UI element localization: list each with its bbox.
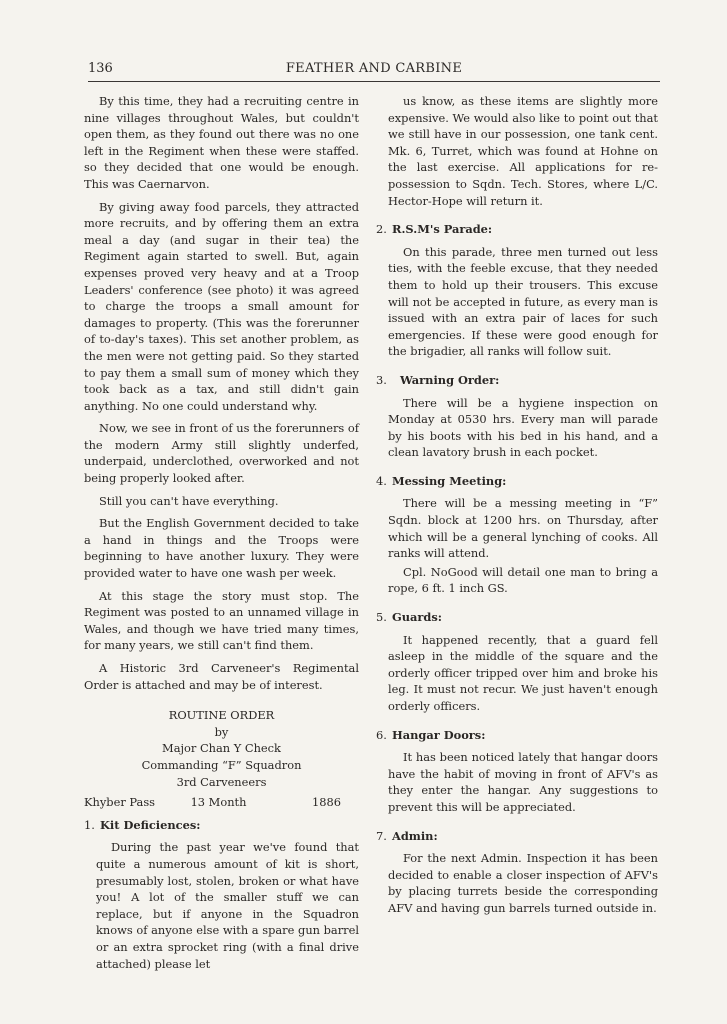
paragraph: Still you can't have everything. [84, 493, 359, 510]
order-item-7: 7.Admin: For the next Admin. Inspection … [376, 828, 658, 917]
order-item-4: 4.Messing Meeting: There will be a messi… [376, 473, 658, 597]
item-text: During the past year we've found that qu… [96, 839, 359, 972]
item-text: It has been noticed lately that hangar d… [388, 749, 658, 815]
left-column: By this time, they had a recruiting cent… [84, 93, 359, 974]
item-heading: 2.R.S.M's Parade: [376, 221, 658, 238]
order-by: by [84, 724, 359, 741]
paragraph: By giving away food parcels, they attrac… [84, 199, 359, 415]
item-heading: 5.Guards: [376, 609, 658, 626]
item-heading: 4.Messing Meeting: [376, 473, 658, 490]
item-heading: 6.Hangar Doors: [376, 727, 658, 744]
item-heading: 1.Kit Deficiences: [84, 817, 359, 834]
paragraph: By this time, they had a recruiting cent… [84, 93, 359, 193]
item-text: For the next Admin. Inspection it has be… [388, 850, 658, 916]
item-text: On this parade, three men turned out les… [388, 244, 658, 360]
order-command: Commanding “F” Squadron [84, 757, 359, 774]
item-text: There will be a hygiene inspection on Mo… [388, 395, 658, 461]
paragraph: Now, we see in front of us the forerunne… [84, 420, 359, 486]
document-page: 136 FEATHER AND CARBINE By this time, th… [0, 0, 727, 1024]
page-header: 136 FEATHER AND CARBINE [88, 61, 660, 82]
item-continuation: us know, as these items are slightly mor… [388, 93, 658, 209]
order-item-3: 3.Warning Order: There will be a hygiene… [376, 372, 658, 461]
order-item-1: 1.Kit Deficiences: During the past year … [84, 817, 359, 972]
order-place: Khyber Pass [84, 794, 155, 811]
order-item-6: 6.Hangar Doors: It has been noticed late… [376, 727, 658, 816]
order-dateline: Khyber Pass 13 Month 1886 [84, 794, 359, 811]
running-title: FEATHER AND CARBINE [88, 61, 660, 76]
order-date: 13 Month [191, 794, 247, 811]
order-year: 1886 [312, 794, 341, 811]
order-item-2: 2.R.S.M's Parade: On this parade, three … [376, 221, 658, 360]
paragraph: But the English Government decided to ta… [84, 515, 359, 581]
item-text: It happened recently, that a guard fell … [388, 632, 658, 715]
item-heading: 3.Warning Order: [376, 372, 658, 389]
item-text: Cpl. NoGood will detail one man to bring… [388, 564, 658, 597]
routine-order-heading: ROUTINE ORDER by Major Chan Y Check Comm… [84, 707, 359, 790]
item-heading: 7.Admin: [376, 828, 658, 845]
order-title: ROUTINE ORDER [84, 707, 359, 724]
item-text: There will be a messing meeting in “F” S… [388, 495, 658, 561]
order-officer: Major Chan Y Check [84, 740, 359, 757]
right-column: us know, as these items are slightly mor… [376, 93, 658, 919]
order-item-5: 5.Guards: It happened recently, that a g… [376, 609, 658, 715]
paragraph: At this stage the story must stop. The R… [84, 588, 359, 654]
paragraph: A Historic 3rd Carveneer's Regimental Or… [84, 660, 359, 693]
order-unit: 3rd Carveneers [84, 774, 359, 791]
